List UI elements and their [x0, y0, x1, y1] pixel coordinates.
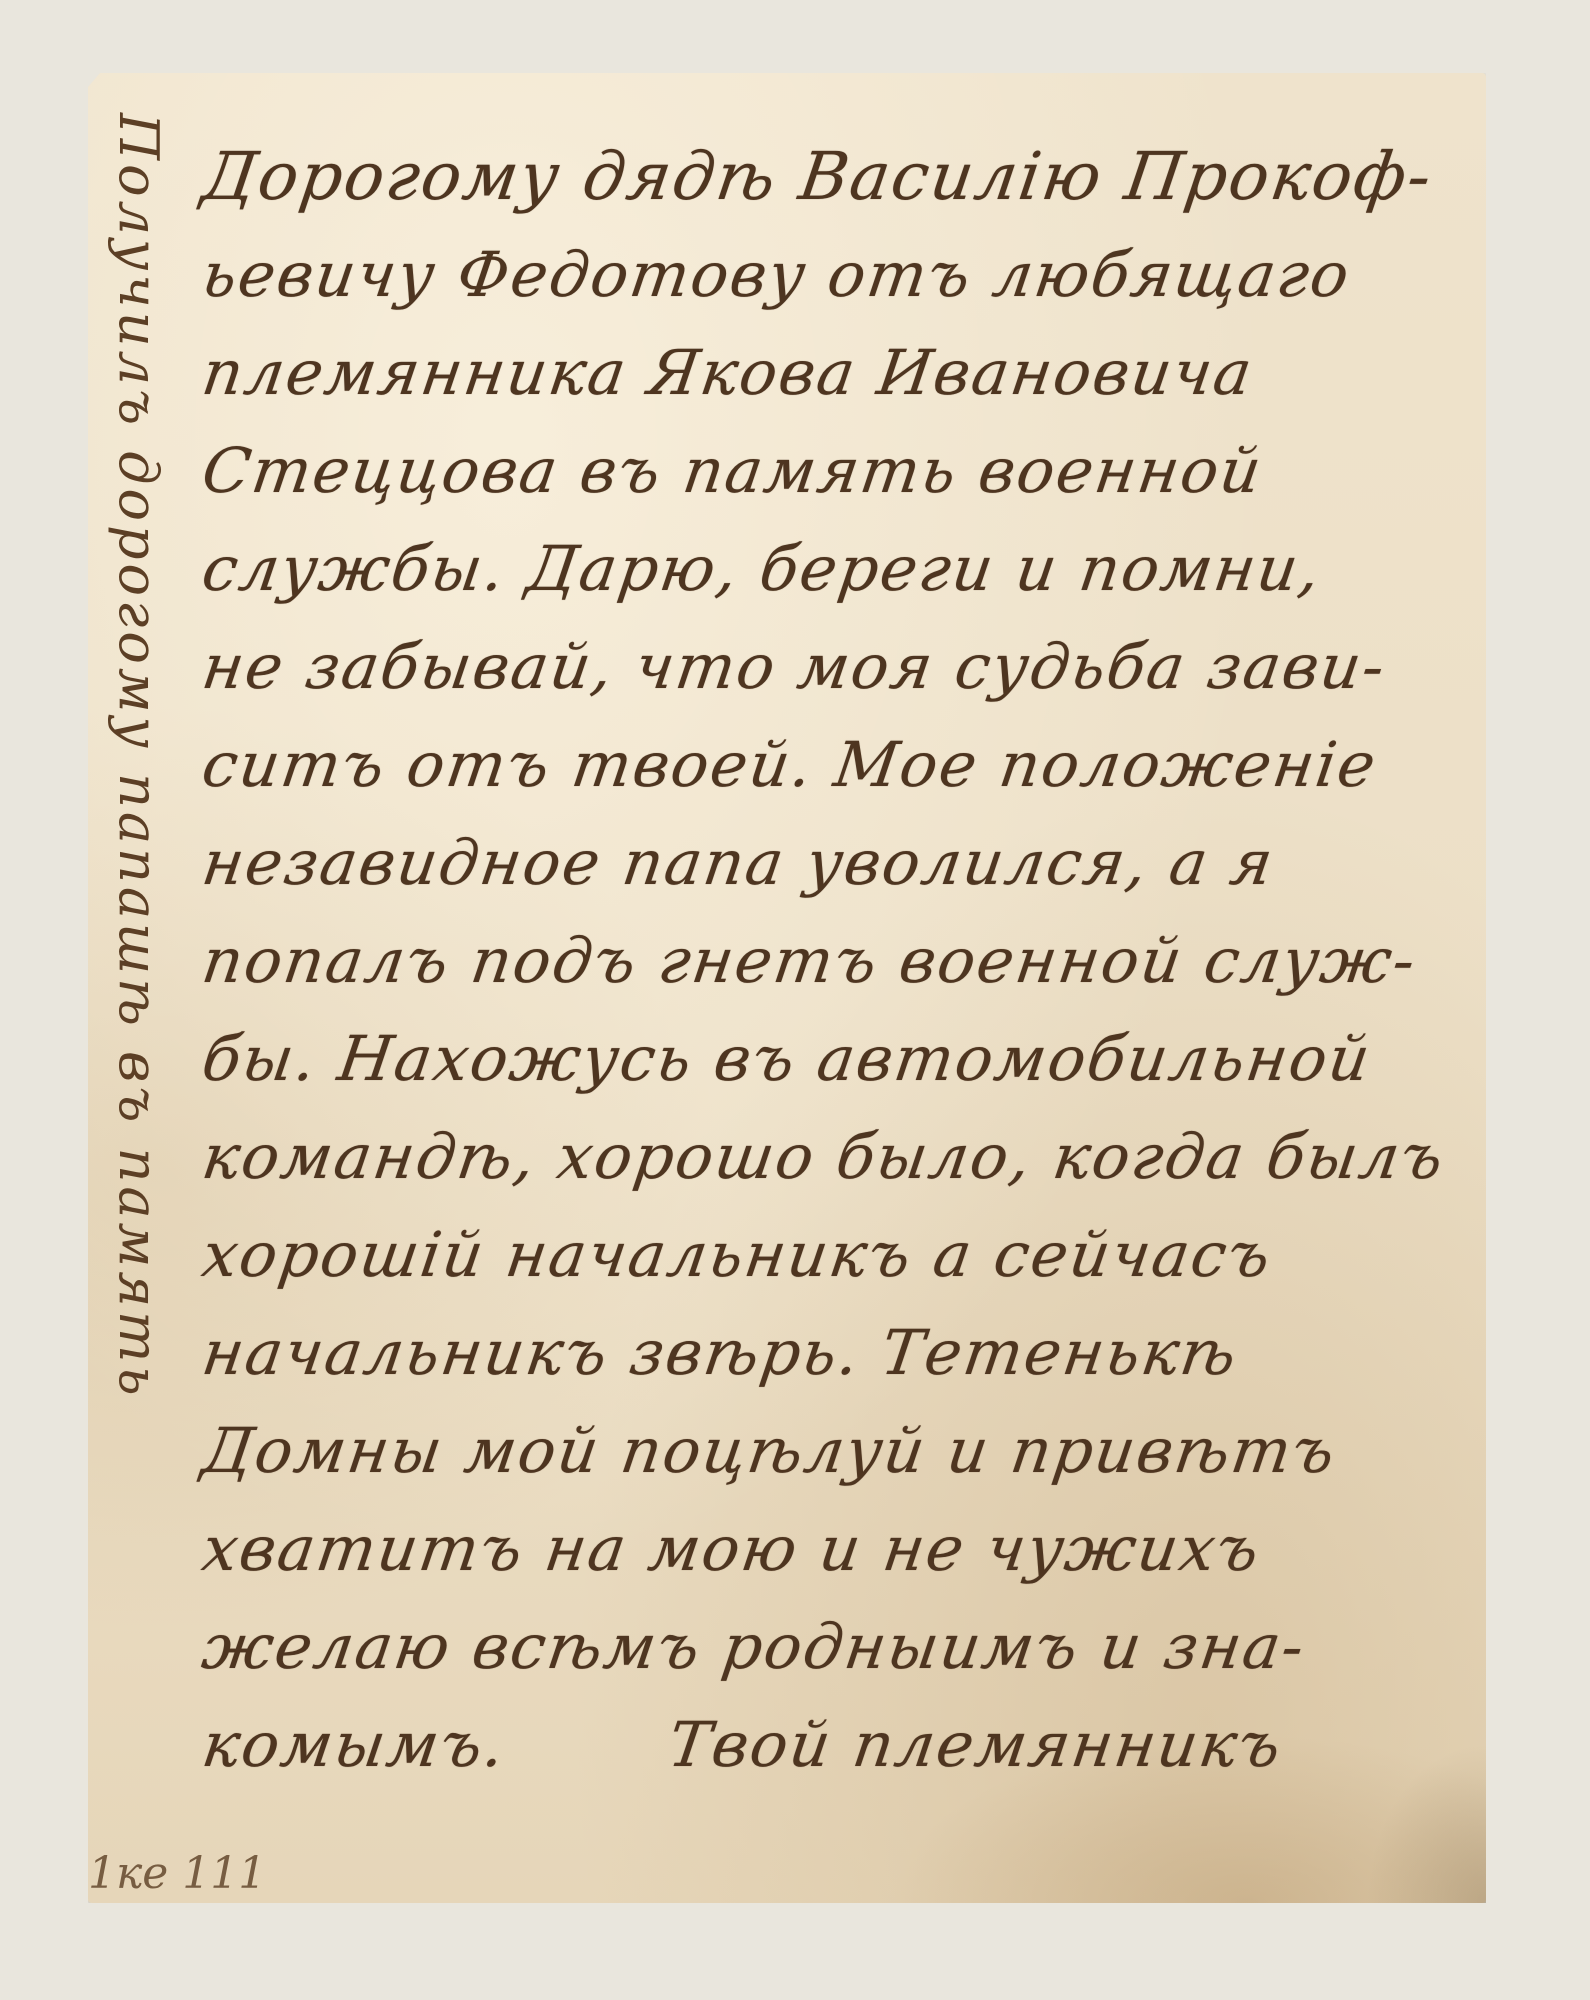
letter-line: командѣ, хорошо было, когда былъ: [196, 1108, 1480, 1206]
letter-line: бы. Нахожусь въ автомобильной: [196, 1010, 1480, 1108]
letter-line: желаю всѣмъ родныимъ и зна-: [196, 1598, 1480, 1696]
closing-word: комымъ.: [198, 1708, 511, 1781]
letter-line: ситъ отъ твоей. Мое положеніе: [196, 716, 1480, 814]
letter-line-salutation: Дорогому дядѣ Василію Прокоф-: [196, 128, 1480, 226]
letter-line: Домны мой поцѣлуй и привѣтъ: [196, 1402, 1480, 1500]
letter-line: попалъ подъ гнетъ военной служ-: [196, 912, 1480, 1010]
letter-line: не забывай, что моя судьба зави-: [196, 618, 1480, 716]
letter-line: хорошій начальникъ а сейчасъ: [196, 1206, 1480, 1304]
letter-line: незавидное папа уволился, а я: [196, 814, 1480, 912]
letter-line: хватитъ на мою и не чужихъ: [196, 1500, 1480, 1598]
letter-line: начальникъ звѣрь. Тетенькѣ: [196, 1304, 1480, 1402]
letter-body: Дорогому дядѣ Василію Прокоф- ьевичу Фед…: [203, 128, 1473, 1794]
letter-line: ьевичу Федотову отъ любящаго: [196, 226, 1480, 324]
letter-line: племянника Якова Ивановича: [196, 324, 1480, 422]
letter-line: Стеццова въ память военной: [196, 422, 1480, 520]
margin-vertical-note: Получилъ дорогому папашѣ въ память: [108, 113, 168, 1893]
signature: Твой племянникъ: [664, 1708, 1287, 1781]
bottom-margin-note: 1ке 111: [88, 1848, 266, 1899]
letter-line: службы. Дарю, береги и помни,: [196, 520, 1480, 618]
letter-line-closing: комымъ. Твой племянникъ: [196, 1696, 1480, 1794]
letter-paper: Получилъ дорогому папашѣ въ память Дорог…: [88, 73, 1486, 1903]
